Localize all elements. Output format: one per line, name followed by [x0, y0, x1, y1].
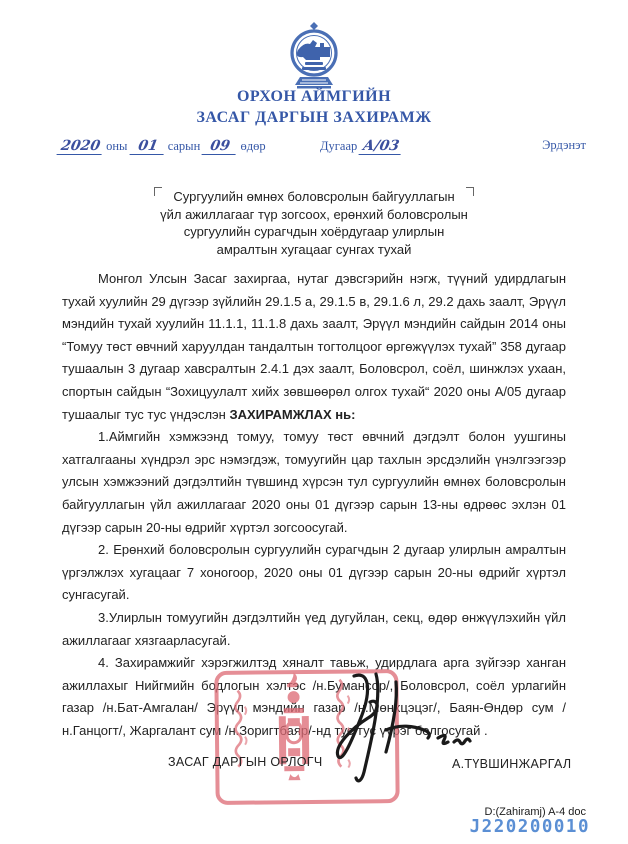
orkhon-aimag-emblem-icon — [278, 20, 350, 92]
footer-doc-number: J220200010 — [470, 817, 590, 837]
title-line: Сургуулийн өмнөх боловсролын байгууллагы… — [160, 188, 468, 206]
month-handwritten-value: 01 — [129, 138, 166, 155]
number-handwritten-value: А/03 — [359, 138, 404, 155]
handwritten-ink-signature-icon — [312, 668, 482, 793]
preamble-text: Монгол Улсын Засаг захиргаа, нутаг дэвсг… — [62, 271, 566, 422]
org-name-line2: ЗАСАГ ДАРГЫН ЗАХИРАМЖ — [0, 107, 628, 128]
preamble-keyword: ЗАХИРАМЖЛАХ нь: — [229, 407, 355, 422]
corner-mark-left — [154, 187, 162, 196]
city-label: Эрдэнэт — [542, 138, 586, 153]
decree-title-wrap: Сургуулийн өмнөх боловсролын байгууллагы… — [0, 188, 628, 259]
date-line: 2020 оны 01 сарын 09 өдөр — [58, 138, 266, 155]
year-label: оны — [106, 139, 127, 153]
title-line: үйл ажиллагааг түр зогсоох, ерөнхий боло… — [160, 206, 468, 224]
month-label: сарын — [168, 139, 201, 153]
day-label: өдөр — [241, 139, 266, 153]
signer-name: А.ТҮВШИНЖАРГАЛ — [452, 757, 571, 771]
decree-document-page: ОРХОН АЙМГИЙН ЗАСАГ ДАРГЫН ЗАХИРАМЖ 2020… — [0, 0, 628, 844]
document-number-line: Дугаар А/03 — [320, 138, 402, 155]
decree-title: Сургуулийн өмнөх боловсролын байгууллагы… — [160, 188, 468, 258]
date-number-row: 2020 оны 01 сарын 09 өдөр Дугаар А/03 Эр… — [58, 132, 590, 158]
number-label: Дугаар — [320, 139, 357, 153]
title-line: амралтын хугацааг сунгах тухай — [160, 241, 468, 259]
decree-item-3: 3.Улирлын томуугийн дэгдэлтийн үед дугуй… — [62, 607, 566, 652]
org-name-line1: ОРХОН АЙМГИЙН — [0, 86, 628, 107]
signer-position-label: ЗАСАГ ДАРГЫН ОРЛОГЧ — [168, 755, 323, 769]
corner-mark-right — [466, 187, 474, 196]
organization-header: ОРХОН АЙМГИЙН ЗАСАГ ДАРГЫН ЗАХИРАМЖ — [0, 86, 628, 128]
year-handwritten-value: 2020 — [57, 138, 105, 155]
decree-item-1: 1.Аймгийн хэмжээнд томуу, томуу төст өвч… — [62, 426, 566, 539]
day-handwritten-value: 09 — [202, 138, 239, 155]
preamble-paragraph: Монгол Улсын Засаг захиргаа, нутаг дэвсг… — [62, 268, 566, 426]
decree-item-2: 2. Ерөнхий боловсролын сургуулийн сурагч… — [62, 539, 566, 607]
title-line: сургуулийн сурагчдын хоёрдугаар улирлын — [160, 223, 468, 241]
